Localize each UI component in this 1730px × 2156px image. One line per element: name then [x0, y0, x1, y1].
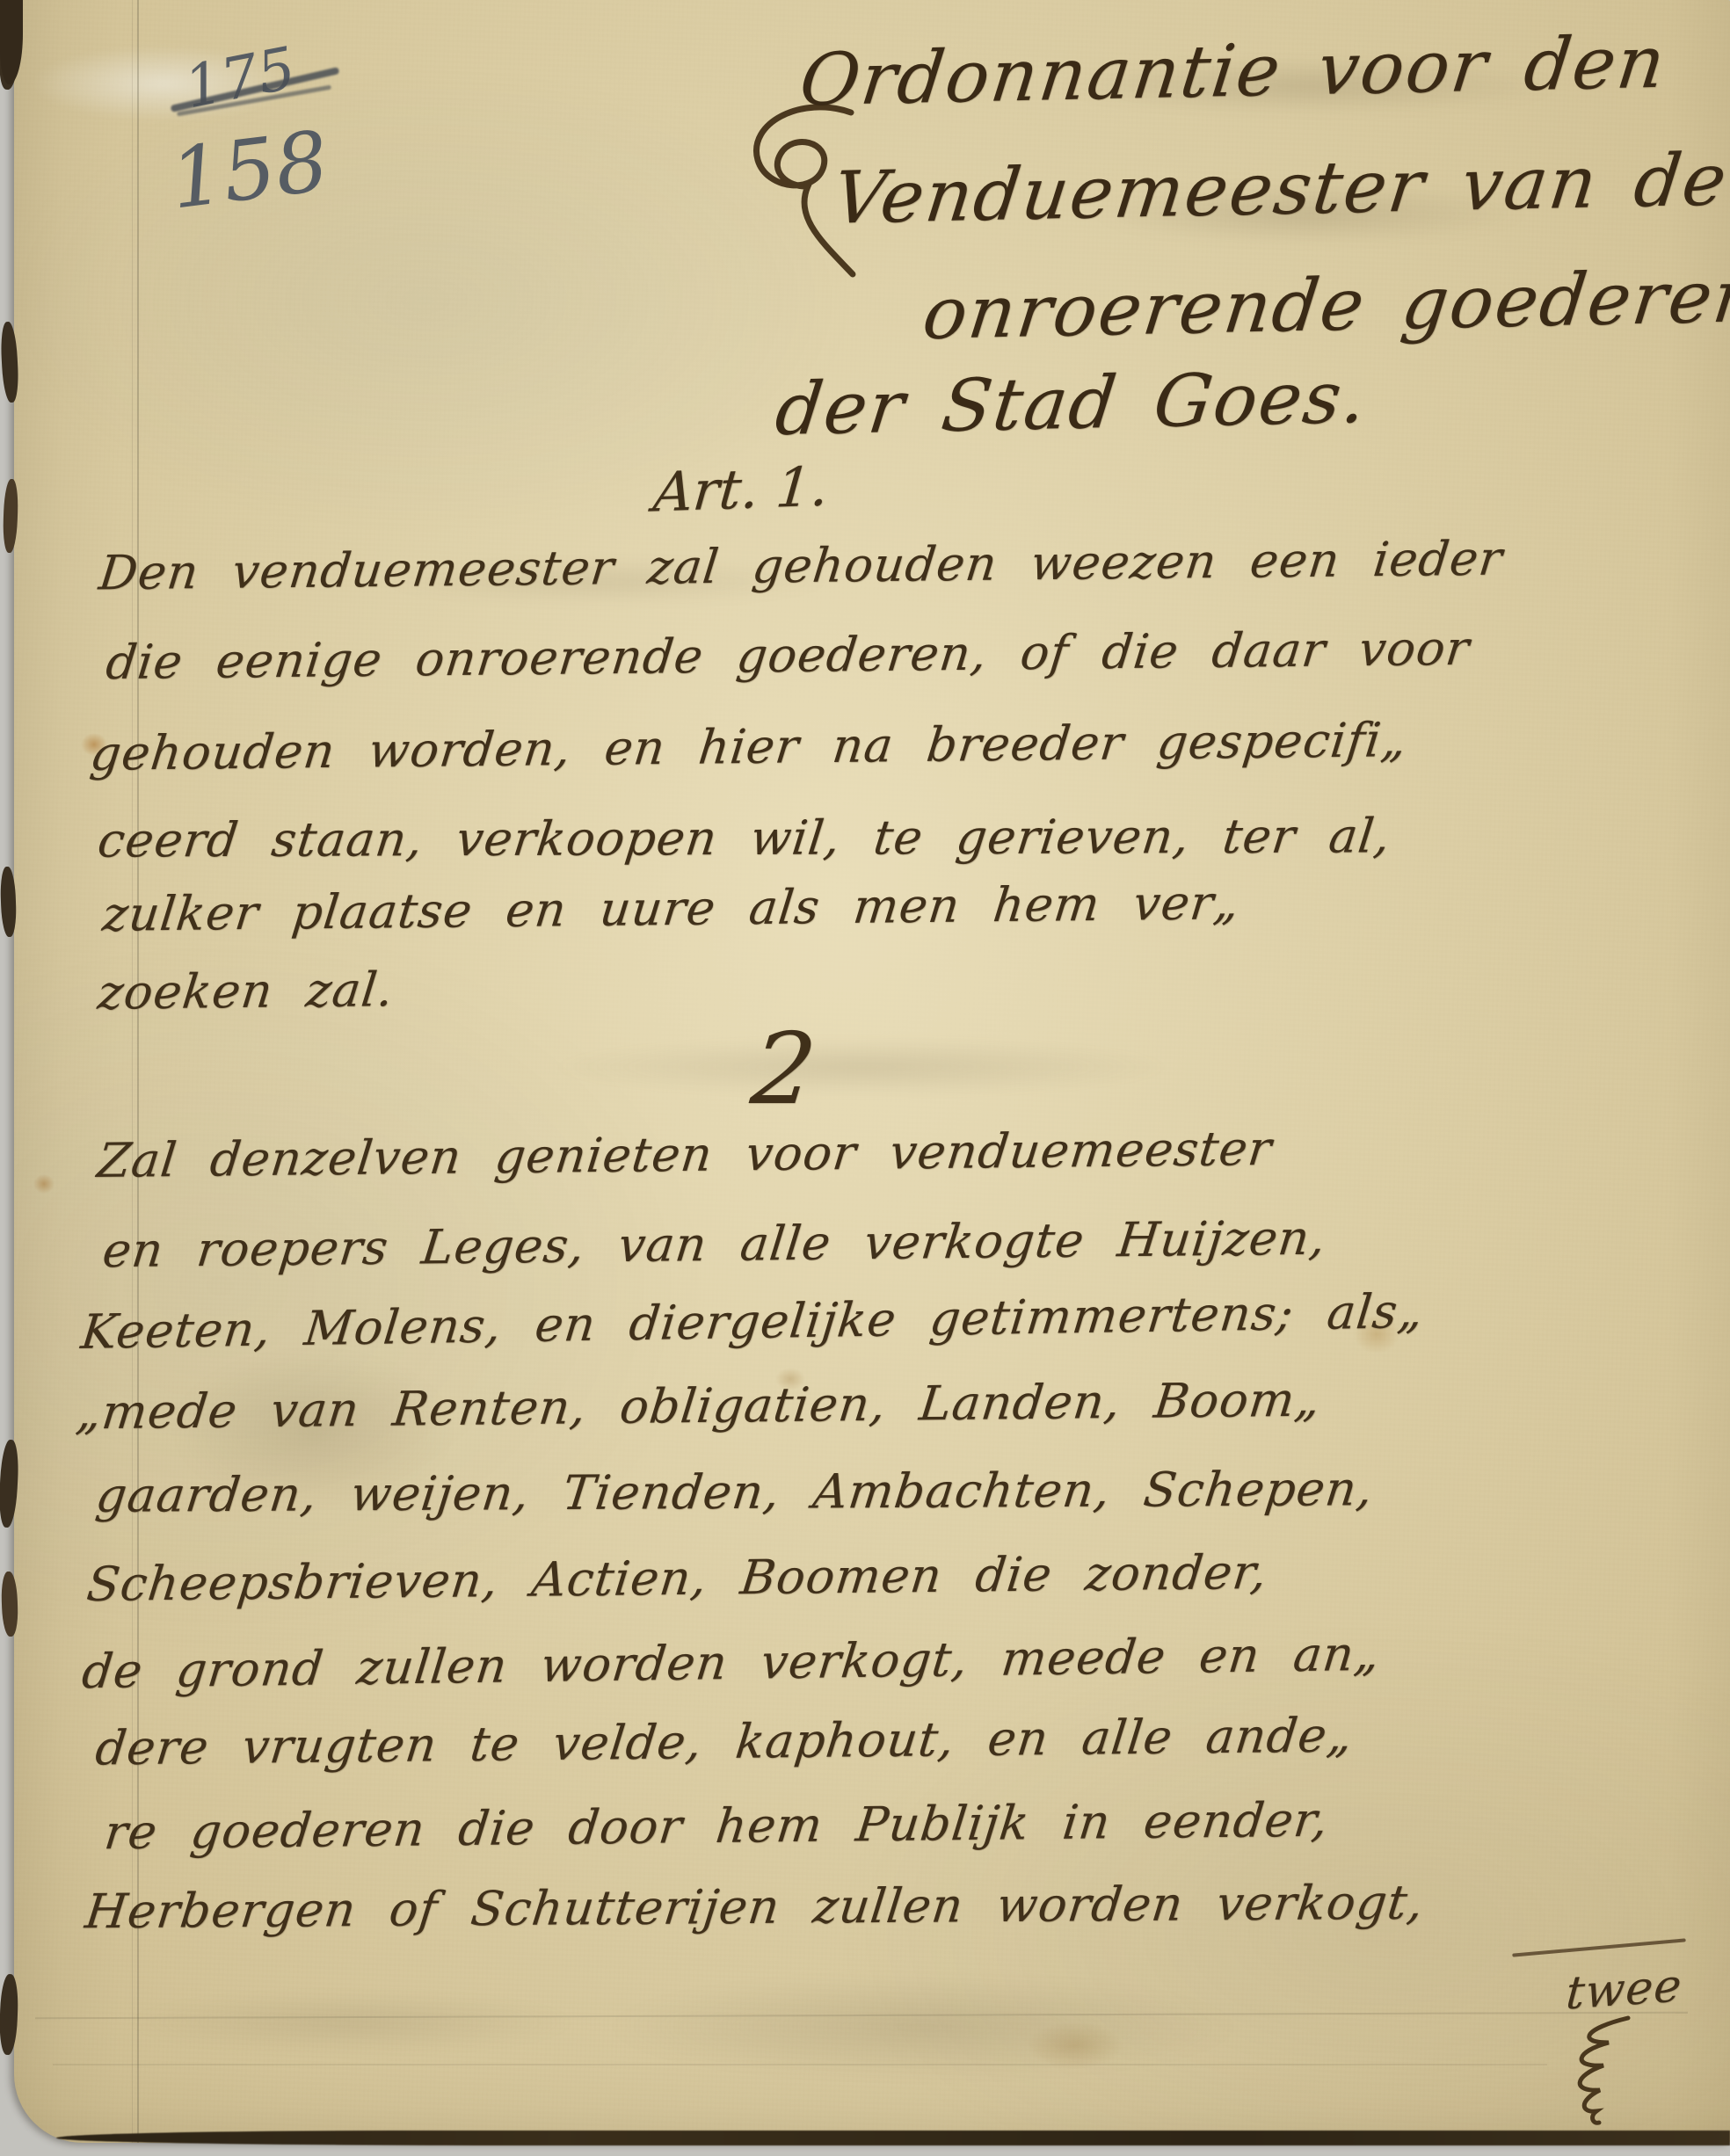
title-line-4: der Stad Goes.	[771, 356, 1372, 452]
manuscript-line: gaarden, weijen, Tienden, Ambachten, Sch…	[93, 1461, 1377, 1523]
calligraphic-flourish	[1558, 2013, 1639, 2129]
title-line-3: onroerende goederen	[919, 255, 1730, 356]
manuscript-line: Herbergen of Schutterijen zullen worden …	[83, 1875, 1427, 1940]
page-bottom-edge	[56, 2131, 1730, 2145]
manuscript-line: ceerd staan, verkoopen wil, te gerieven,…	[95, 808, 1394, 867]
current-page-number: 158	[165, 113, 333, 228]
catchword: twee	[1564, 1960, 1683, 2021]
scanner-background: { "document": { "kind": "handwritten-man…	[0, 0, 1730, 2156]
article-1-heading: Art. 1.	[651, 454, 831, 525]
manuscript-line: zoeken zal.	[95, 962, 396, 1020]
fold-crease	[53, 2064, 1547, 2065]
article-2-heading: 2	[746, 1013, 821, 1127]
